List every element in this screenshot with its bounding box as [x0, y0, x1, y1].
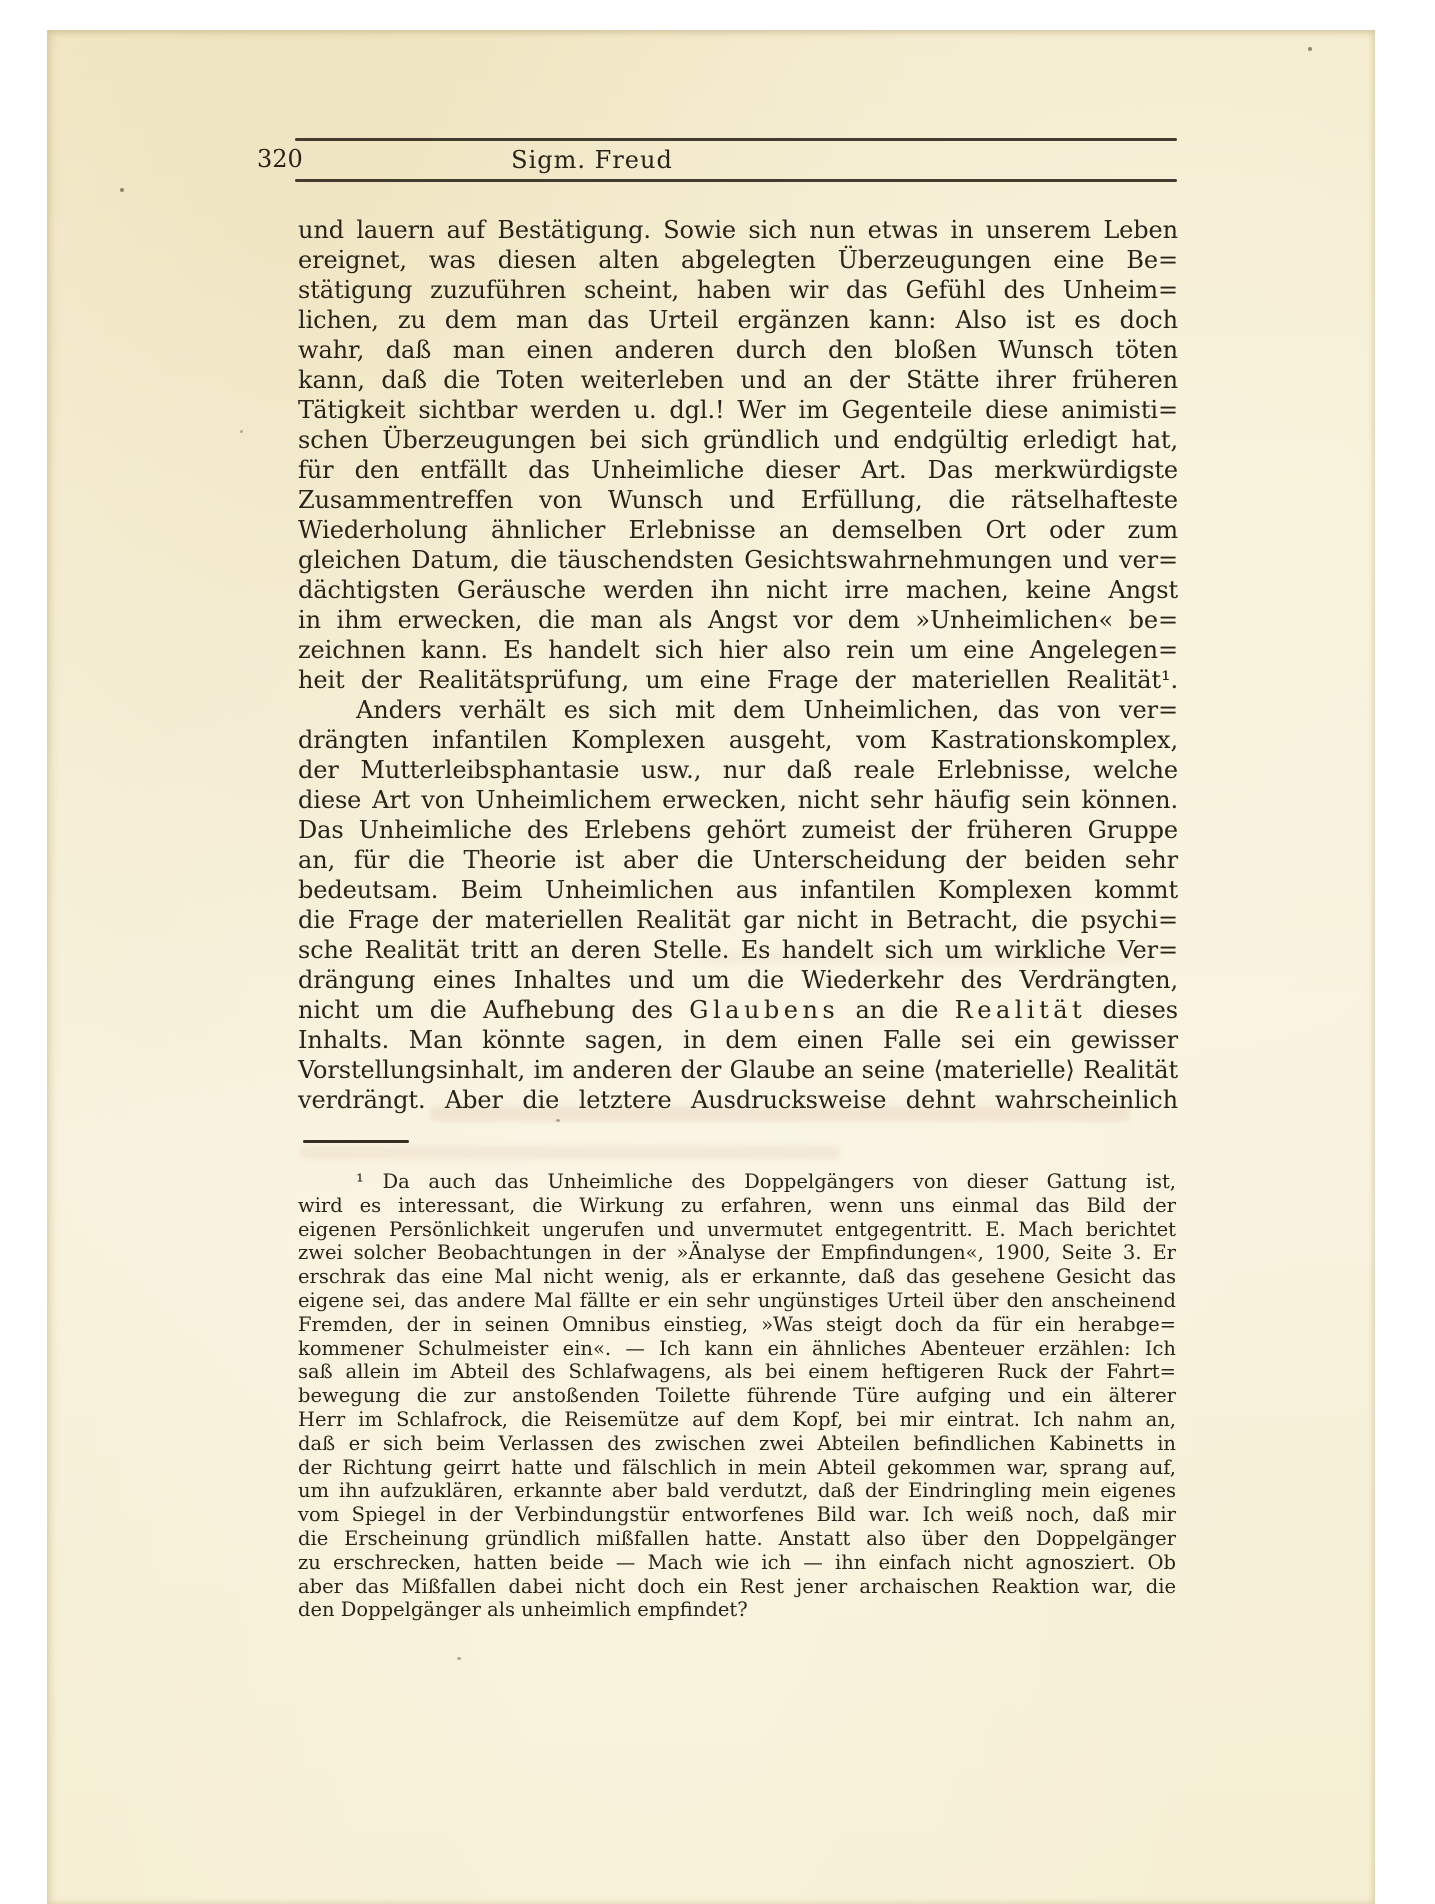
- body-text-line: sche Realität tritt an deren Stelle. Es …: [298, 935, 1178, 965]
- footnote-line: saß allein im Abteil des Schlafwagens, a…: [298, 1360, 1176, 1384]
- body-text-line: der Mutterleibsphantasie usw., nur daß r…: [298, 755, 1178, 785]
- bleed-through-smudge: [300, 1146, 840, 1159]
- page-number: 320: [257, 145, 303, 173]
- body-text-segment: dieses: [1086, 996, 1178, 1024]
- footnote-line: zu erschrecken, hatten beide — Mach wie …: [298, 1551, 1176, 1575]
- footnote: ¹ Da auch das Unheimliche des Doppelgäng…: [298, 1170, 1176, 1622]
- header-rule-bottom: [295, 179, 1177, 182]
- body-text-line: lichen, zu dem man das Urteil ergänzen k…: [298, 305, 1178, 335]
- body-text-line: wahr, daß man einen anderen durch den bl…: [298, 335, 1178, 365]
- body-text-line: Zusammentreffen von Wunsch und Erfüllung…: [298, 485, 1178, 515]
- emphasis-word: Realität: [955, 996, 1087, 1024]
- paper-speck: [240, 430, 243, 433]
- footnote-line: Fremden, der in seinen Omnibus einstieg,…: [298, 1313, 1176, 1337]
- body-text-line: dächtigsten Geräusche werden ihn nicht i…: [298, 575, 1178, 605]
- body-text-line: Vorstellungsinhalt, im anderen der Glaub…: [298, 1055, 1178, 1085]
- footnote-line: Herr im Schlafrock, die Reisemütze auf d…: [298, 1408, 1176, 1432]
- footnote-line: bewegung die zur anstoßenden Toilette fü…: [298, 1384, 1176, 1408]
- footnote-line: kommener Schulmeister ein«. — Ich kann e…: [298, 1337, 1176, 1361]
- footnote-line: zwei solcher Beobachtungen in der »Änaly…: [298, 1241, 1176, 1265]
- body-text-line: kann, daß die Toten weiterleben und an d…: [298, 365, 1178, 395]
- body-text-line: drängung eines Inhaltes und um die Wiede…: [298, 965, 1178, 995]
- paper-speck: [457, 1657, 461, 1660]
- footnote-line: eigene sei, das andere Mal fällte er ein…: [298, 1289, 1176, 1313]
- footnote-line: wird es interessant, die Wirkung zu erfa…: [298, 1194, 1176, 1218]
- body-text-line: gleichen Datum, die täuschendsten Gesich…: [298, 545, 1178, 575]
- body-text-line: diese Art von Unheimlichem erwecken, nic…: [298, 785, 1178, 815]
- paper-speck: [120, 188, 124, 192]
- footnote-line: ¹ Da auch das Unheimliche des Doppelgäng…: [298, 1170, 1176, 1194]
- body-text-line-emphasis: nicht um die Aufhebung des Glaubens an d…: [298, 995, 1178, 1025]
- emphasis-word: Glaubens: [689, 996, 839, 1024]
- body-text-line: bedeutsam. Beim Unheimlichen aus infanti…: [298, 875, 1178, 905]
- body-text-line: Tätigkeit sichtbar werden u. dgl.! Wer i…: [298, 395, 1178, 425]
- body-text-line: für den entfällt das Unheimliche dieser …: [298, 455, 1178, 485]
- footnote-line: vom Spiegel in der Verbindungstür entwor…: [298, 1503, 1176, 1527]
- paragraph: Anders verhält es sich mit dem Unheimlic…: [298, 695, 1178, 1115]
- body-text-line: stätigung zuzuführen scheint, haben wir …: [298, 275, 1178, 305]
- body-text: und lauern auf Bestätigung. Sowie sich n…: [298, 215, 1178, 1115]
- body-text-segment: an die: [839, 996, 954, 1024]
- body-text-line: verdrängt. Aber die letztere Ausdruckswe…: [298, 1085, 1178, 1115]
- footnote-line: der Richtung geirrt hatte und fälschlich…: [298, 1456, 1176, 1480]
- body-text-line: Inhalts. Man könnte sagen, in dem einen …: [298, 1025, 1178, 1055]
- body-text-line: in ihm erwecken, die man als Angst vor d…: [298, 605, 1178, 635]
- running-header-title: Sigm. Freud: [511, 146, 673, 174]
- footnote-line: um ihn aufzuklären, erkannte aber bald v…: [298, 1479, 1176, 1503]
- body-text-line: und lauern auf Bestätigung. Sowie sich n…: [298, 215, 1178, 245]
- scanned-page: 320 Sigm. Freud und lauern auf Bestätigu…: [0, 0, 1435, 1904]
- body-text-line: die Frage der materiellen Realität gar n…: [298, 905, 1178, 935]
- body-text-line: drängten infantilen Komplexen ausgeht, v…: [298, 725, 1178, 755]
- paragraph: und lauern auf Bestätigung. Sowie sich n…: [298, 215, 1178, 695]
- footnote-line: die Erscheinung gründlich mißfallen hatt…: [298, 1527, 1176, 1551]
- footnote-line: erschrak das eine Mal nicht wenig, als e…: [298, 1265, 1176, 1289]
- body-text-line: zeichnen kann. Es handelt sich hier also…: [298, 635, 1178, 665]
- body-text-line: an, für die Theorie ist aber die Untersc…: [298, 845, 1178, 875]
- body-text-line: ereignet, was diesen alten abgelegten Üb…: [298, 245, 1178, 275]
- body-text-line: Anders verhält es sich mit dem Unheimlic…: [298, 695, 1178, 725]
- paper-speck: [1308, 47, 1312, 51]
- footnote-separator-rule: [303, 1140, 409, 1143]
- footnote-line: aber das Mißfallen dabei nicht doch ein …: [298, 1575, 1176, 1599]
- body-text-line: schen Überzeugungen bei sich gründlich u…: [298, 425, 1178, 455]
- body-text-line: Das Unheimliche des Erlebens gehört zume…: [298, 815, 1178, 845]
- body-text-segment: nicht um die Aufhebung des: [298, 996, 689, 1024]
- header-rule-top: [295, 138, 1177, 141]
- body-text-line: Wiederholung ähnlicher Erlebnisse an dem…: [298, 515, 1178, 545]
- body-text-line: heit der Realitätsprüfung, um eine Frage…: [298, 665, 1178, 695]
- footnote-line: eigenen Persönlichkeit ungerufen und unv…: [298, 1218, 1176, 1242]
- footnote-line: daß er sich beim Verlassen des zwischen …: [298, 1432, 1176, 1456]
